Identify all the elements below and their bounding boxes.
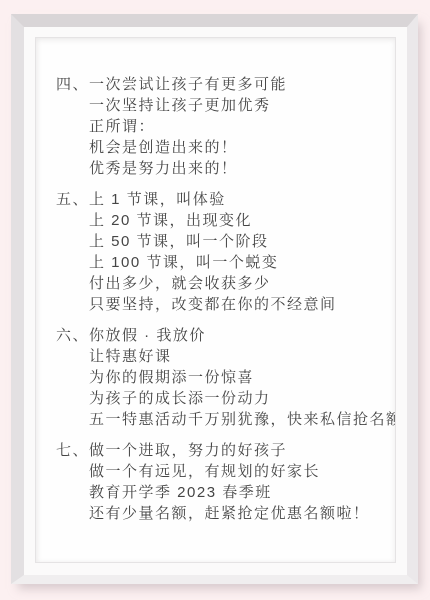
text-section-7: 七、做一个进取，努力的好孩子 做一个有远见，有规划的好家长 教育开学季 2023…: [56, 440, 379, 524]
section-line: 上 20 节课，出现变化: [89, 210, 379, 231]
photo-background: 四、一次尝试让孩子有更多可能 一次坚持让孩子更加优秀 正所谓： 机会是创造出来的…: [0, 0, 430, 600]
section-line-text: 一次尝试让孩子有更多可能: [89, 76, 287, 93]
section-line: 优秀是努力出来的！: [89, 158, 379, 179]
section-line: 付出多少，就会收获多少: [89, 273, 379, 294]
section-line: 教育开学季 2023 春季班: [89, 482, 379, 503]
section-line: 还有少量名额，赶紧抢定优惠名额啦！: [89, 503, 379, 524]
text-section-6: 六、你放假 · 我放价 让特惠好课 为你的假期添一份惊喜 为孩子的成长添一份动力…: [56, 325, 379, 430]
section-line: 上 50 节课，叫一个阶段: [89, 231, 379, 252]
section-line: 让特惠好课: [89, 346, 379, 367]
section-line: 机会是创造出来的！: [89, 137, 379, 158]
section-label: 七、: [56, 440, 89, 461]
frame-mat: 四、一次尝试让孩子有更多可能 一次坚持让孩子更加优秀 正所谓： 机会是创造出来的…: [24, 27, 407, 575]
section-line: 只要坚持，改变都在你的不经意间: [89, 294, 379, 315]
section-line: 为孩子的成长添一份动力: [89, 388, 379, 409]
section-line-text: 做一个进取，努力的好孩子: [89, 442, 287, 459]
section-line: 一次坚持让孩子更加优秀: [89, 95, 379, 116]
text-section-5: 五、上 1 节课，叫体验 上 20 节课，出现变化 上 50 节课，叫一个阶段 …: [56, 189, 379, 315]
section-label: 五、: [56, 189, 89, 210]
section-line-text: 你放假 · 我放价: [89, 327, 206, 344]
poster: 四、一次尝试让孩子有更多可能 一次坚持让孩子更加优秀 正所谓： 机会是创造出来的…: [35, 37, 396, 563]
section-line: 正所谓：: [89, 116, 379, 137]
section-label: 四、: [56, 74, 89, 95]
section-line: 五一特惠活动千万别犹豫，快来私信抢名额: [89, 409, 379, 430]
text-section-4: 四、一次尝试让孩子有更多可能 一次坚持让孩子更加优秀 正所谓： 机会是创造出来的…: [56, 74, 379, 179]
section-line: 为你的假期添一份惊喜: [89, 367, 379, 388]
section-line: 四、一次尝试让孩子有更多可能: [56, 74, 379, 95]
section-label: 六、: [56, 325, 89, 346]
section-line-text: 上 1 节课，叫体验: [89, 191, 226, 208]
section-line: 六、你放假 · 我放价: [56, 325, 379, 346]
picture-frame: 四、一次尝试让孩子有更多可能 一次坚持让孩子更加优秀 正所谓： 机会是创造出来的…: [11, 14, 418, 584]
section-line: 上 100 节课，叫一个蜕变: [89, 252, 379, 273]
section-line: 五、上 1 节课，叫体验: [56, 189, 379, 210]
section-line: 做一个有远见，有规划的好家长: [89, 461, 379, 482]
section-line: 七、做一个进取，努力的好孩子: [56, 440, 379, 461]
